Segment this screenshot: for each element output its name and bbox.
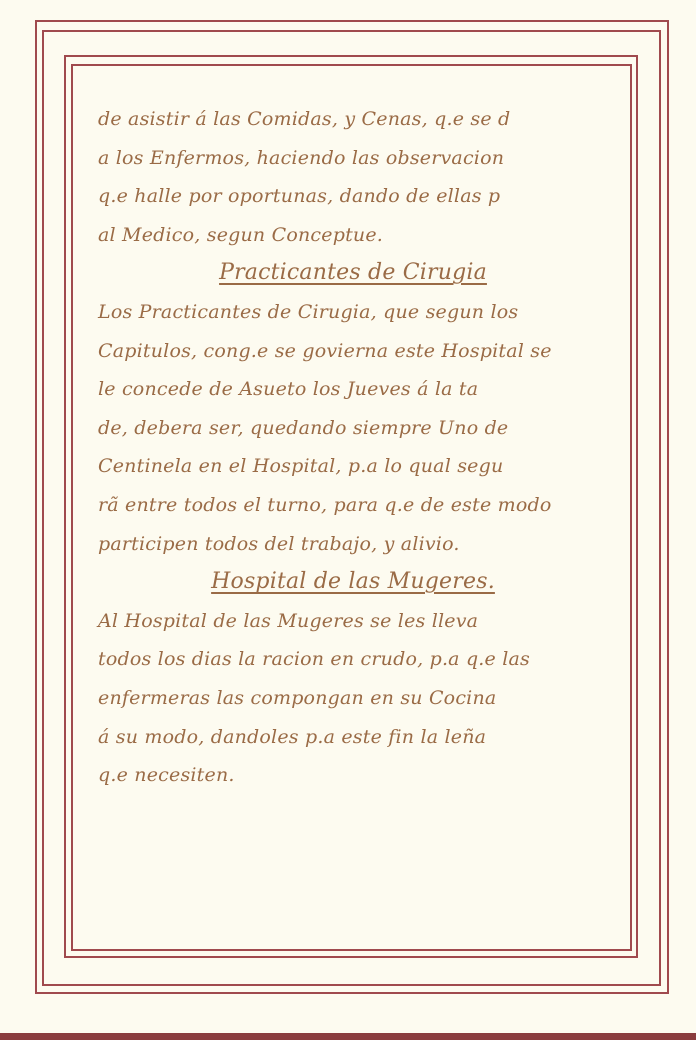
manuscript-text: de asistir á las Comidas, y Cenas, q.e s… [98, 100, 608, 795]
intro-line: al Medico, segun Conceptue. [98, 216, 608, 255]
heading-text: Practicantes de Cirugia [219, 260, 487, 285]
body-line: le concede de Asueto los Jueves á la ta [98, 370, 608, 409]
bottom-edge-strip [0, 1033, 696, 1040]
body-line: á su modo, dandoles p.a este fin la leña [98, 718, 608, 757]
body-line: Centinela en el Hospital, p.a lo qual se… [98, 447, 608, 486]
section-heading-hospital-mugeres: Hospital de las Mugeres. [98, 563, 608, 602]
body-line: todos los dias la racion en crudo, p.a q… [98, 640, 608, 679]
heading-text: Hospital de las Mugeres. [211, 569, 495, 594]
intro-line: de asistir á las Comidas, y Cenas, q.e s… [98, 100, 608, 139]
body-line: q.e necesiten. [98, 756, 608, 795]
body-line: participen todos del trabajo, y alivio. [98, 525, 608, 564]
intro-line: a los Enfermos, haciendo las observacion [98, 139, 608, 178]
body-line: Los Practicantes de Cirugia, que segun l… [98, 293, 608, 332]
body-line: rã entre todos el turno, para q.e de est… [98, 486, 608, 525]
body-line: Al Hospital de las Mugeres se les lleva [98, 602, 608, 641]
body-line: Capitulos, cong.e se govierna este Hospi… [98, 332, 608, 371]
body-line: enfermeras las compongan en su Cocina [98, 679, 608, 718]
section-heading-practicantes: Practicantes de Cirugia [98, 254, 608, 293]
intro-line: q.e halle por oportunas, dando de ellas … [98, 177, 608, 216]
body-line: de, debera ser, quedando siempre Uno de [98, 409, 608, 448]
